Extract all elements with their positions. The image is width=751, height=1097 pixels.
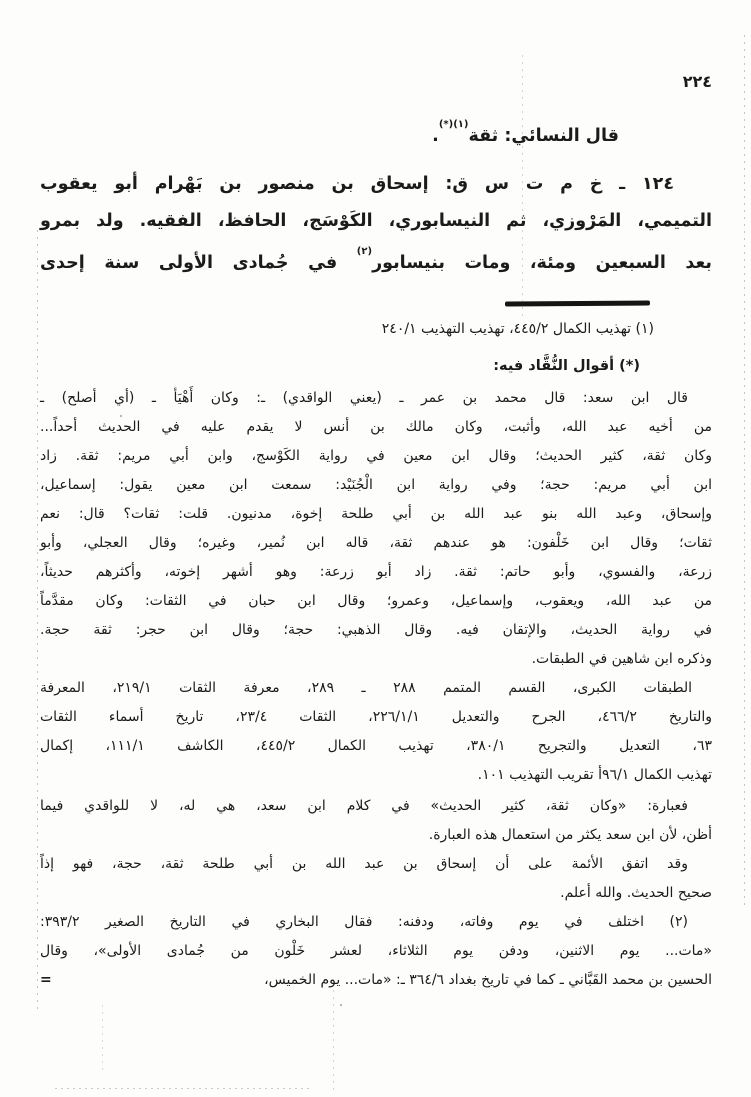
references-paragraph: الطبقات الكبرى، القسم المتمم ٢٨٨ ـ ٢٨٩، … [40, 674, 712, 790]
footnote-line: من أخيه عبد الله، وأثبت، وكان مالك بن أن… [40, 413, 712, 442]
critics-paragraph: قال ابن سعد: قال محمد بن عمر ـ (يعني الو… [40, 384, 712, 674]
footnote-line: قال ابن سعد: قال محمد بن عمر ـ (يعني الو… [40, 384, 712, 413]
footnote-line: تهذيب الكمال ٩٦/١أ تقريب التهذيب ١٠١. [40, 761, 712, 790]
star-note-ref: (*) [439, 119, 453, 130]
entry-line-3-text-a: بعد السبعين ومئة، ومات بنيسابور [372, 253, 712, 273]
scan-speck [120, 415, 122, 417]
footnote-2-last-line: الحسين بن محمد القَبَّاني ـ كما في تاريخ… [40, 966, 712, 995]
footnote-separator-rule [505, 300, 650, 306]
scan-dots-bottom-left [102, 1005, 103, 1075]
footnote-ref-1: (١) [453, 119, 468, 130]
footnote-ref-2: (٢) [357, 246, 372, 257]
footnote-2: (٢) اختلف في يوم وفاته، ودفنه: فقال البخ… [40, 908, 712, 966]
footnote-line: في رواية الحديث، والإتقان فيه. وقال الذه… [40, 616, 712, 645]
prev-entry-line: قال النسائي: ثقة(١)(*). [40, 126, 712, 146]
footnote-line: وقد اتفق الأئمة على أن إسحاق بن عبد الله… [40, 850, 712, 879]
entry-line-3: بعد السبعين ومئة، ومات بنيسابور(٢) في جُ… [40, 240, 712, 282]
footnote-line: وكان ثقة، كثير الحديث؛ وقال ابن معين في … [40, 442, 712, 471]
entry-line-3-text-b: في جُمادى الأولى سنة إحدى [40, 253, 357, 273]
prev-entry-text: قال النسائي: ثقة [468, 126, 619, 146]
footnote-line: الطبقات الكبرى، القسم المتمم ٢٨٨ ـ ٢٨٩، … [40, 674, 712, 703]
footnote-line: صحيح الحديث. والله أعلم. [40, 879, 712, 908]
footnote-1: (١) تهذيب الكمال ٤٤٥/٢، تهذيب التهذيب ٢٤… [40, 315, 712, 344]
footnote-line: فعبارة: «وكان ثقة، كثير الحديث» في كلام … [40, 792, 712, 821]
footnote-2-last-text: الحسين بن محمد القَبَّاني ـ كما في تاريخ… [264, 966, 712, 995]
comment-paragraph: فعبارة: «وكان ثقة، كثير الحديث» في كلام … [40, 792, 712, 850]
scan-speck [340, 1004, 342, 1006]
continuation-equals-mark: = [40, 966, 52, 995]
scan-dots-center [522, 55, 523, 320]
footnote-line: من عبد الله، ويعقوب، وإسماعيل، وعمرو؛ وق… [40, 587, 712, 616]
scan-dots-bottom-center [333, 990, 334, 1090]
footnote-line: وإسحاق، وعبد الله بنو عبد الله بن أبي طل… [40, 500, 712, 529]
scan-dots-right-margin [744, 35, 745, 905]
entry-line-2: التميمي، المَرْوزي، ثم النيسابوري، الكَو… [40, 203, 712, 240]
entry-line-1: ١٢٤ ـ خ م ت س ق: إسحاق بن منصور بن بَهْر… [40, 166, 712, 203]
critics-heading: (*) أقوال النُّقَّاد فيه: [40, 352, 712, 381]
footnote-line: ٦٣، التعديل والتجريح ٣٨٠/١، تهذيب الكمال… [40, 732, 712, 761]
footnote-line: أظن، لأن ابن سعد يكثر من استعمال هذه الع… [40, 821, 712, 850]
page-number: ٢٢٤ [683, 72, 712, 91]
footnote-line: والتاريخ ٤٦٦/٢، الجرح والتعديل ٢٢٦/١/١، … [40, 703, 712, 732]
footnote-line: وذكره ابن شاهين في الطبقات. [40, 645, 712, 674]
footnotes-block: (١) تهذيب الكمال ٤٤٥/٢، تهذيب التهذيب ٢٤… [40, 315, 712, 995]
scan-dots-bottom-edge [55, 1088, 310, 1089]
footnote-line: (٢) اختلف في يوم وفاته، ودفنه: فقال البخ… [40, 908, 712, 937]
footnote-line: زرعة، والفسوي، وأبو حاتم: ثقة. زاد أبو ز… [40, 558, 712, 587]
footnote-line: ابن أبي مريم: حجة؛ وفي رواية ابن الْجُنَ… [40, 471, 712, 500]
scan-dots-left-margin [37, 230, 38, 1010]
footnote-line: «مات... يوم الاثنين، ودفن يوم الثلاثاء، … [40, 937, 712, 966]
footnote-line: ثقات؛ وقال ابن خَلْفون: هو عندهم ثقة، قا… [40, 529, 712, 558]
period: . [432, 126, 439, 146]
entry-124: ١٢٤ ـ خ م ت س ق: إسحاق بن منصور بن بَهْر… [40, 166, 712, 282]
conclusion-paragraph: وقد اتفق الأئمة على أن إسحاق بن عبد الله… [40, 850, 712, 908]
